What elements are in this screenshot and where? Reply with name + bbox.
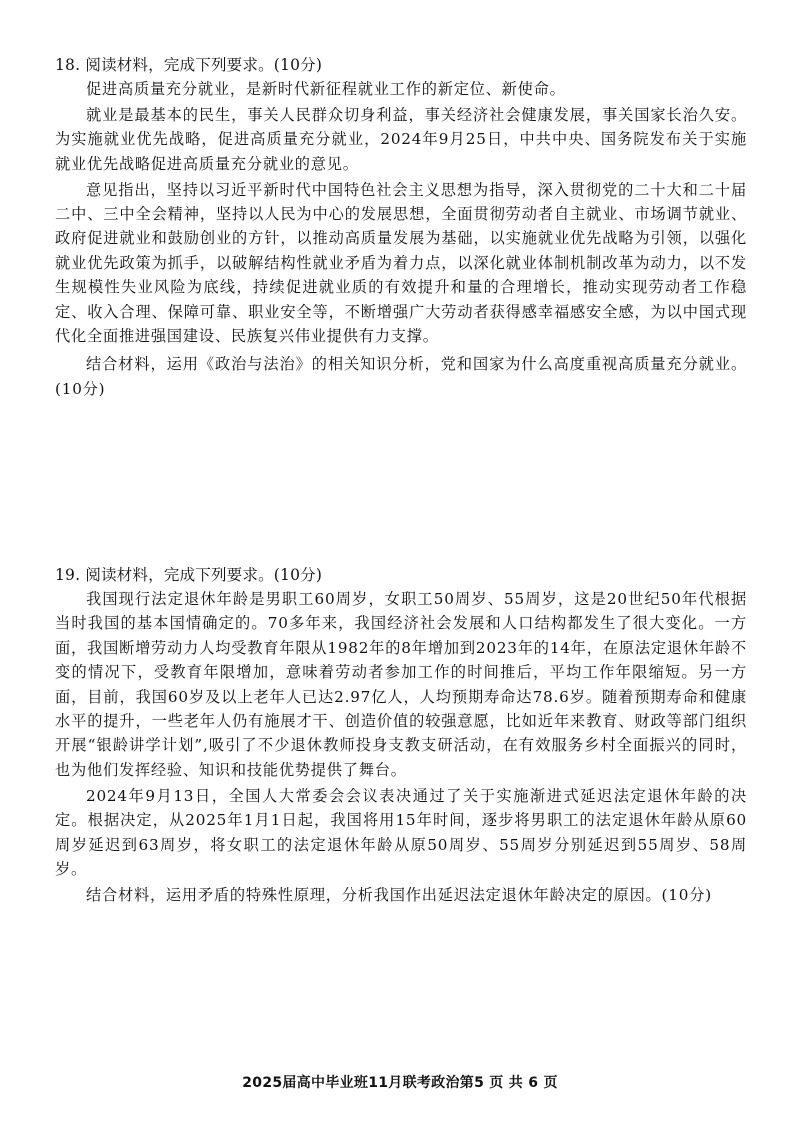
question-18: 18. 阅读材料，完成下列要求。(10分) 促进高质量充分就业，是新时代新征程就… — [55, 53, 747, 403]
material-paragraph: 我国现行法定退休年龄是男职工60周岁，女职工50周岁、55周岁，这是20世纪50… — [55, 587, 747, 782]
material-paragraph: 就业是最基本的民生，事关人民群众切身利益，事关经济社会健康发展，事关国家长治久安… — [55, 103, 747, 176]
exam-page: 18. 阅读材料，完成下列要求。(10分) 促进高质量充分就业，是新时代新征程就… — [0, 0, 800, 1131]
question-prompt: 结合材料，运用《政治与法治》的相关知识分析，党和国家为什么高度重视高质量充分就业… — [55, 352, 747, 401]
question-19: 19. 阅读材料，完成下列要求。(10分) 我国现行法定退休年龄是男职工60周岁… — [55, 563, 747, 909]
material-paragraph: 2024年9月13日，全国人大常委会会议表决通过了关于实施渐进式延迟法定退休年龄… — [55, 784, 747, 882]
material-paragraph: 意见指出，坚持以习近平新时代中国特色社会主义思想为指导，深入贯彻党的二十大和二十… — [55, 178, 747, 349]
question-prompt: 结合材料，运用矛盾的特殊性原理，分析我国作出延迟法定退休年龄决定的原因。(10分… — [55, 883, 747, 907]
question-19-heading: 19. 阅读材料，完成下列要求。(10分) — [55, 563, 747, 587]
page-footer: 2025届高中毕业班11月联考政治第5 页 共 6 页 — [0, 1072, 800, 1092]
material-paragraph: 促进高质量充分就业，是新时代新征程就业工作的新定位、新使命。 — [55, 77, 747, 101]
question-18-heading: 18. 阅读材料，完成下列要求。(10分) — [55, 53, 747, 77]
